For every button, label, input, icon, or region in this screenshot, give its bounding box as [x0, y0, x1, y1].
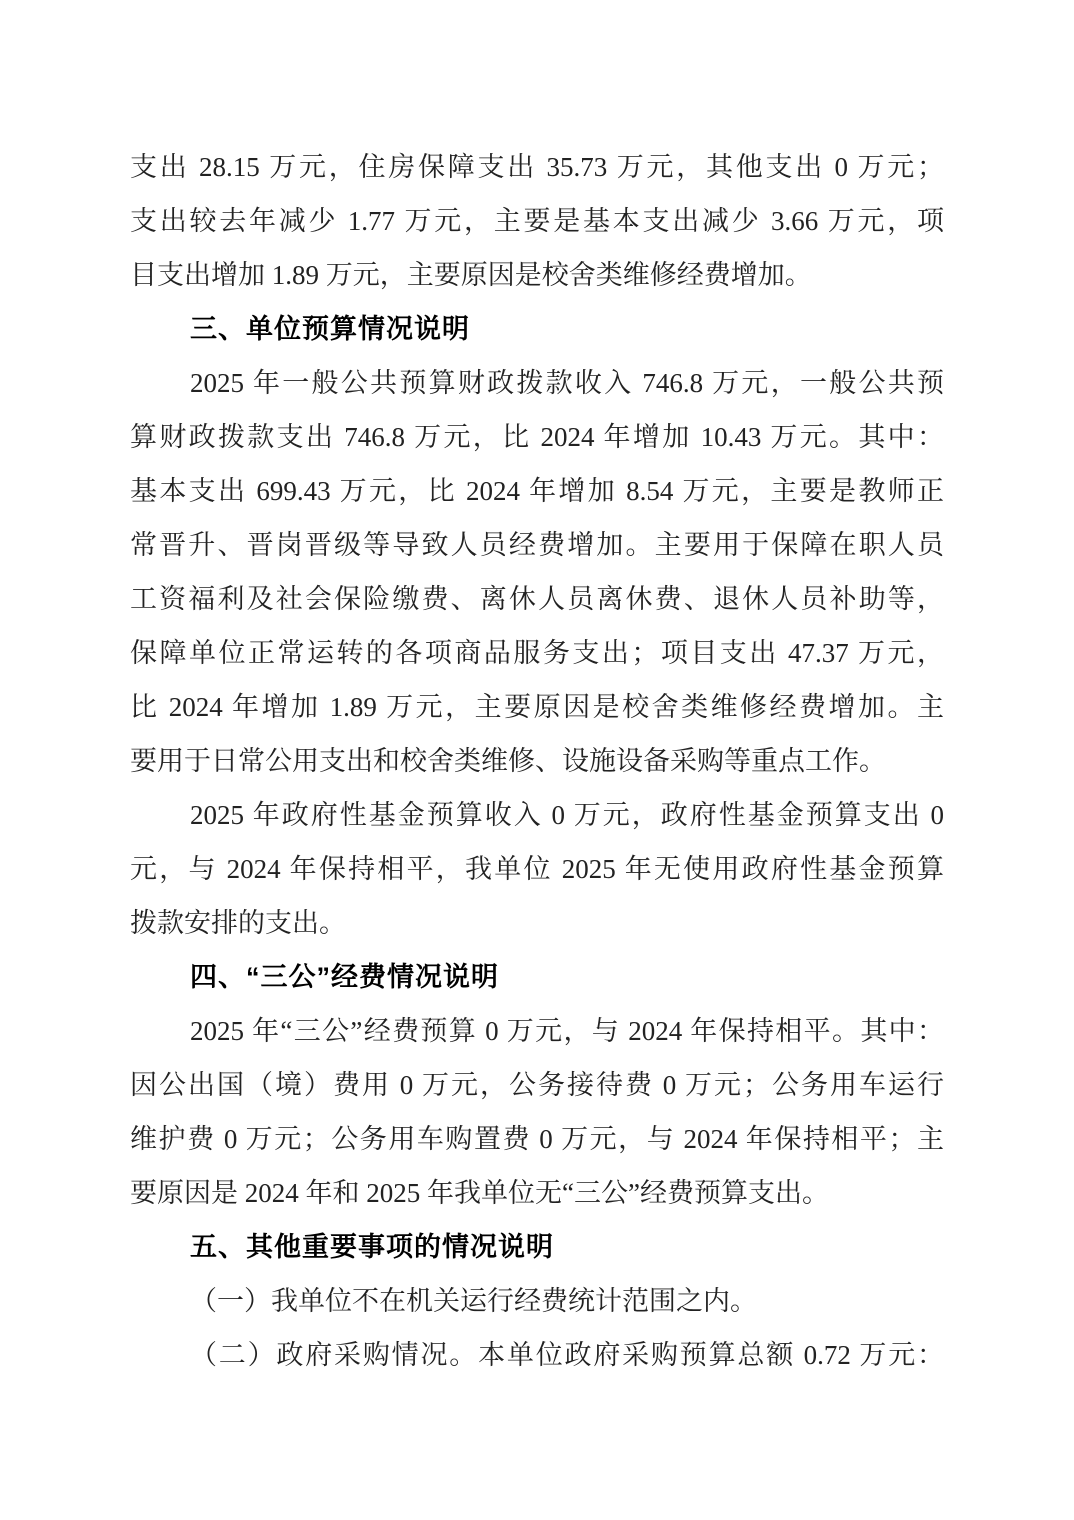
document-body: 支出 28.15 万元，住房保障支出 35.73 万元，其他支出 0 万元； 支…: [130, 140, 944, 1382]
paragraph-line: 工资福利及社会保险缴费、离休人员离休费、退休人员补助等，: [130, 572, 944, 626]
paragraph-line: 2025 年一般公共预算财政拨款收入 746.8 万元，一般公共预: [130, 356, 944, 410]
paragraph-line: （一）我单位不在机关运行经费统计范围之内。: [130, 1274, 944, 1328]
paragraph-line: 比 2024 年增加 1.89 万元，主要原因是校舍类维修经费增加。主: [130, 680, 944, 734]
paragraph-line: 维护费 0 万元；公务用车购置费 0 万元，与 2024 年保持相平；主: [130, 1112, 944, 1166]
paragraph-line: （二）政府采购情况。本单位政府采购预算总额 0.72 万元：: [130, 1328, 944, 1382]
paragraph-line: 元，与 2024 年保持相平，我单位 2025 年无使用政府性基金预算: [130, 842, 944, 896]
paragraph-line: 常晋升、晋岗晋级等导致人员经费增加。主要用于保障在职人员: [130, 518, 944, 572]
section-heading-three-public-funds: 四、“三公”经费情况说明: [130, 950, 944, 1004]
section-heading-unit-budget: 三、单位预算情况说明: [130, 302, 944, 356]
document-page: 支出 28.15 万元，住房保障支出 35.73 万元，其他支出 0 万元； 支…: [0, 0, 1074, 1520]
paragraph-line: 要用于日常公用支出和校舍类维修、设施设备采购等重点工作。: [130, 734, 944, 788]
paragraph-line: 目支出增加 1.89 万元，主要原因是校舍类维修经费增加。: [130, 248, 944, 302]
paragraph-line: 因公出国（境）费用 0 万元，公务接待费 0 万元；公务用车运行: [130, 1058, 944, 1112]
paragraph-line: 保障单位正常运转的各项商品服务支出；项目支出 47.37 万元，: [130, 626, 944, 680]
paragraph-line: 支出 28.15 万元，住房保障支出 35.73 万元，其他支出 0 万元；: [130, 140, 944, 194]
paragraph-line: 支出较去年减少 1.77 万元，主要是基本支出减少 3.66 万元，项: [130, 194, 944, 248]
paragraph-line: 算财政拨款支出 746.8 万元，比 2024 年增加 10.43 万元。其中：: [130, 410, 944, 464]
paragraph-line: 2025 年政府性基金预算收入 0 万元，政府性基金预算支出 0: [130, 788, 944, 842]
paragraph-line: 基本支出 699.43 万元，比 2024 年增加 8.54 万元，主要是教师正: [130, 464, 944, 518]
paragraph-line: 拨款安排的支出。: [130, 896, 944, 950]
paragraph-line: 2025 年“三公”经费预算 0 万元，与 2024 年保持相平。其中：: [130, 1004, 944, 1058]
paragraph-line: 要原因是 2024 年和 2025 年我单位无“三公”经费预算支出。: [130, 1166, 944, 1220]
section-heading-other-important-items: 五、其他重要事项的情况说明: [130, 1220, 944, 1274]
